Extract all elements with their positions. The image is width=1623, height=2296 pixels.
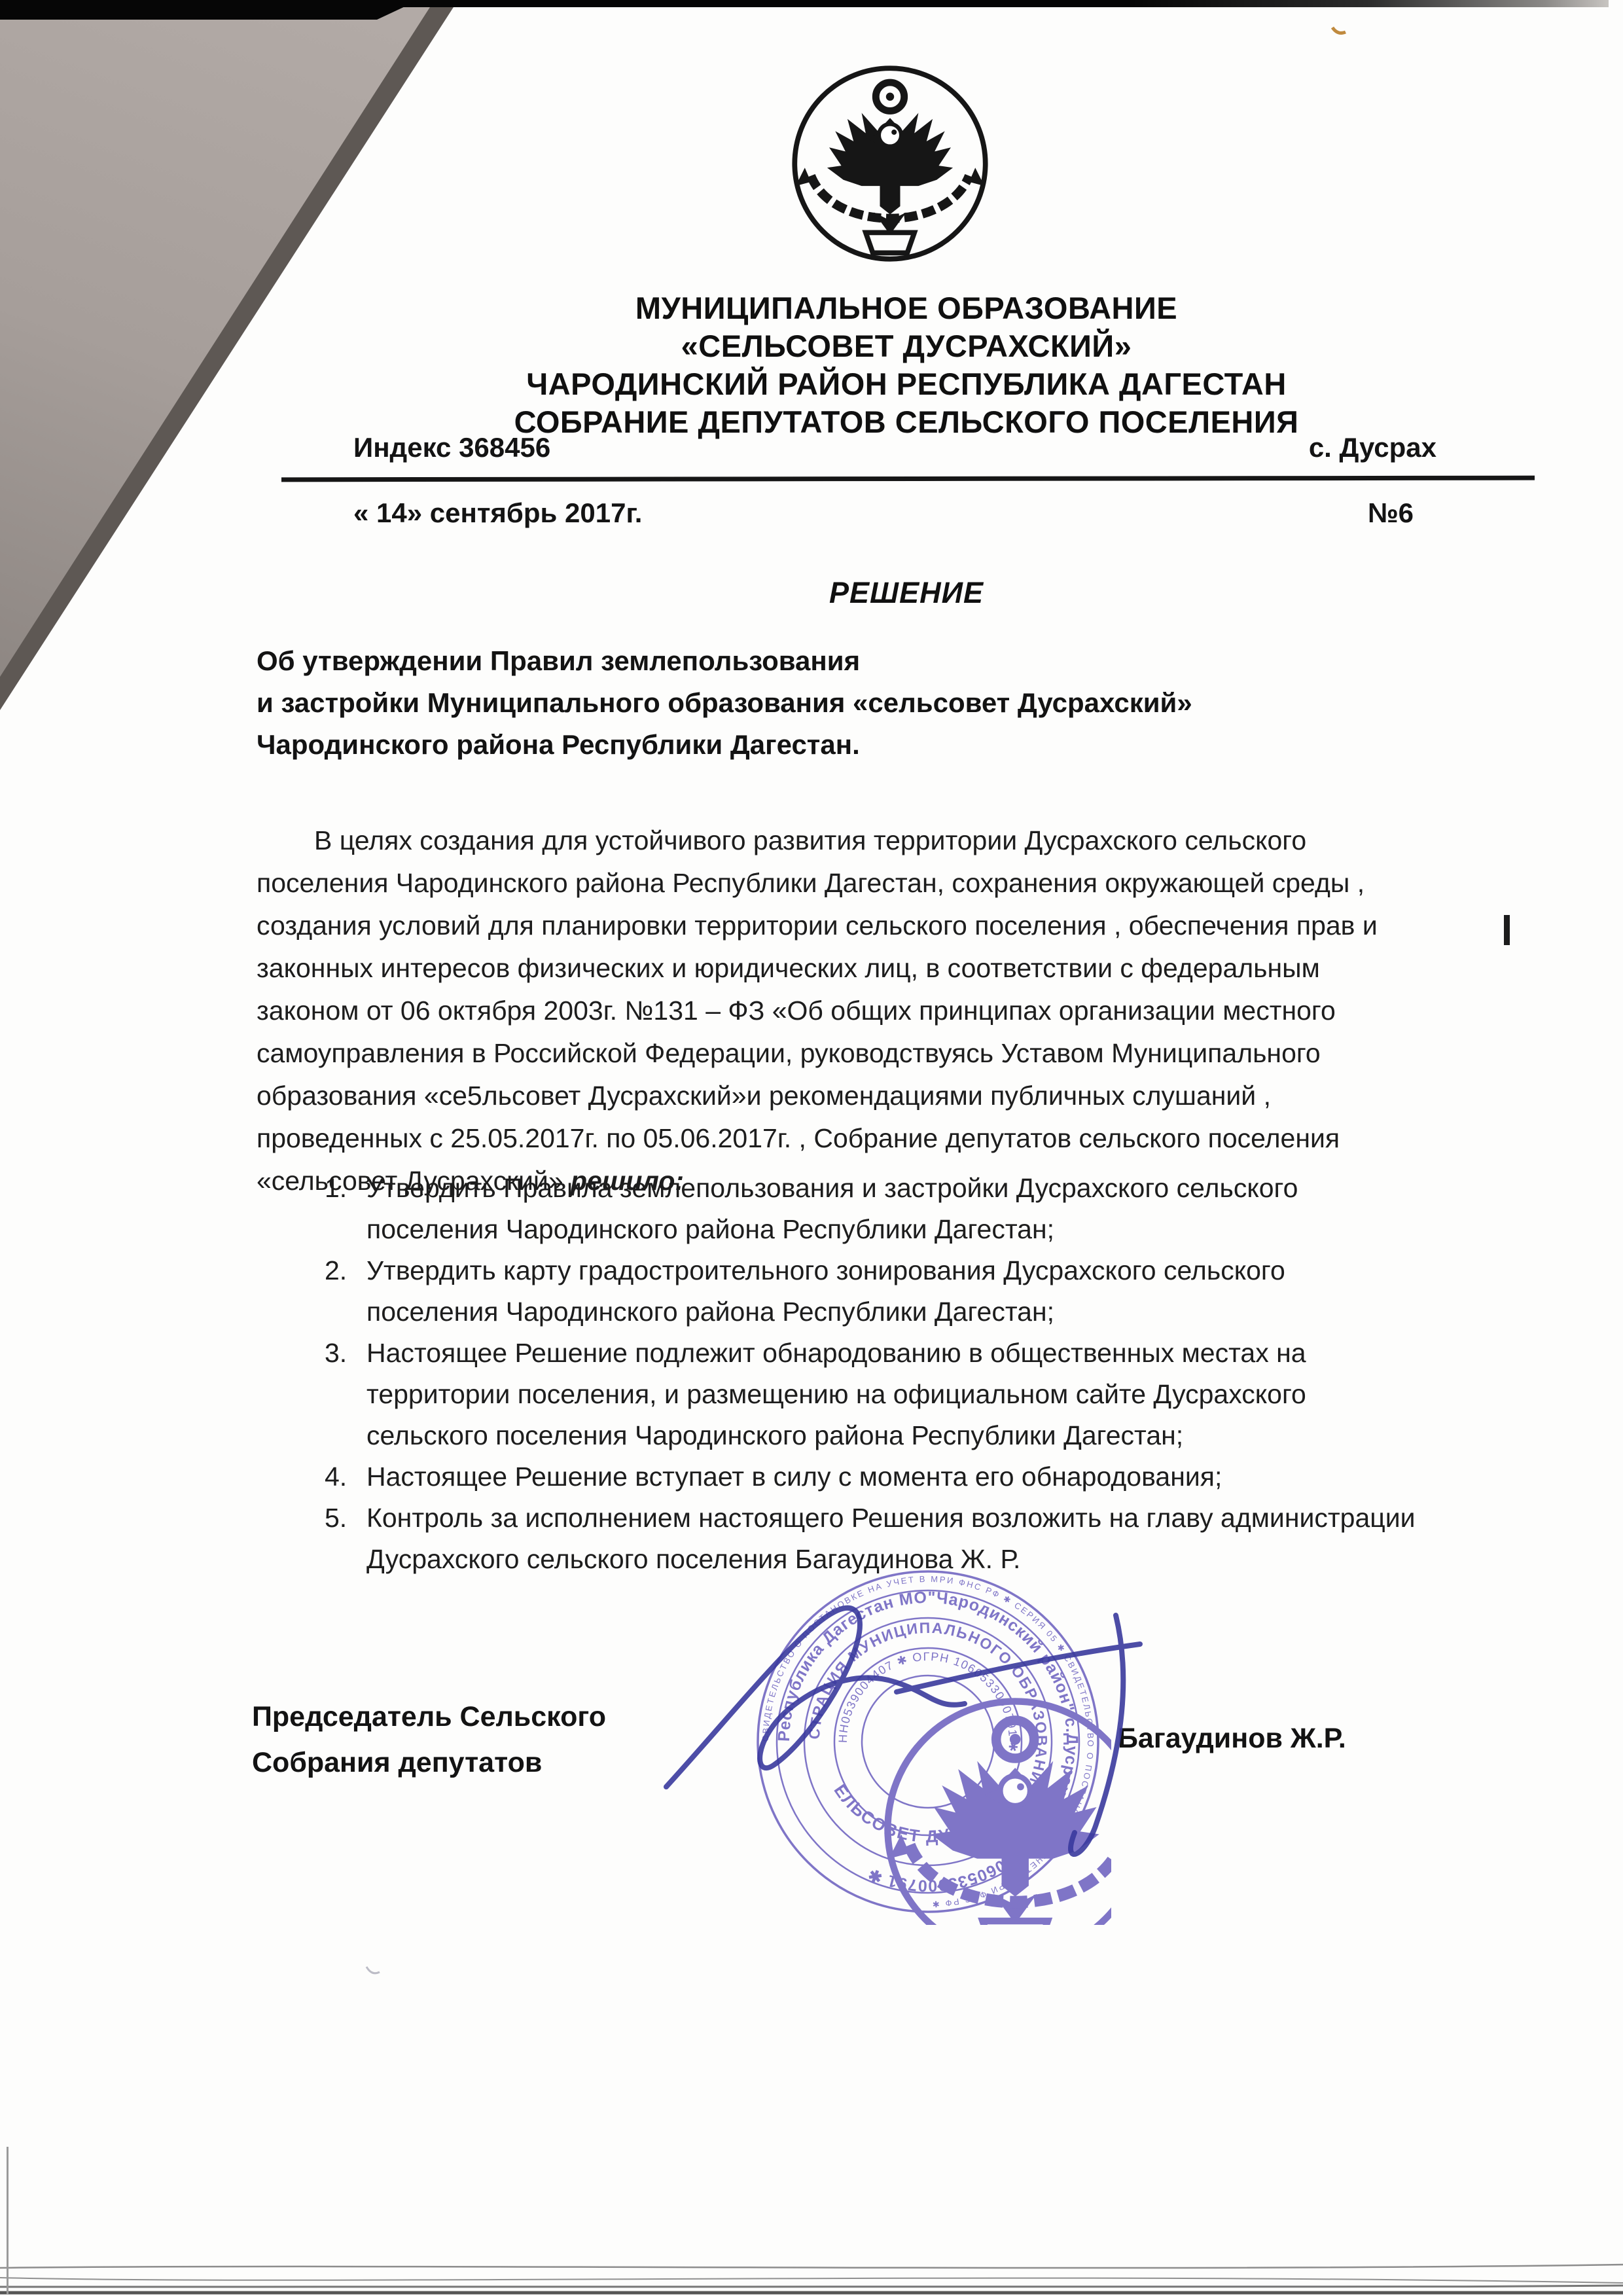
postal-index: Индекс 368456 — [353, 432, 550, 463]
signer-role-line: Председатель Сельского — [252, 1694, 606, 1740]
subject-line: Об утверждении Правил землепользования — [257, 640, 1192, 682]
scanned-document-page: МУНИЦИПАЛЬНОЕ ОБРАЗОВАНИЕ «СЕЛЬСОВЕТ ДУС… — [0, 0, 1623, 2296]
body-line: поселения Чародинского района Республики… — [257, 862, 1378, 905]
item-line: Контроль за исполнением настоящего Решен… — [366, 1498, 1416, 1539]
scan-edge-bar — [0, 0, 419, 20]
item-line: Настоящее Решение подлежит обнародованию… — [366, 1333, 1416, 1374]
item-line: Утвердить Правила землепользования и зас… — [366, 1168, 1416, 1209]
body-line: законных интересов физических и юридичес… — [257, 947, 1378, 990]
item-number: 1. — [325, 1168, 347, 1209]
item-number: 3. — [325, 1333, 347, 1374]
resolution-item: 3. Настоящее Решение подлежит обнародова… — [366, 1333, 1416, 1456]
resolution-item: 1. Утвердить Правила землепользования и … — [366, 1168, 1416, 1250]
subject-line: и застройки Муниципального образования «… — [257, 682, 1192, 724]
resolutions-list: 1. Утвердить Правила землепользования и … — [366, 1168, 1416, 1580]
letterhead-line: ЧАРОДИНСКИЙ РАЙОН РЕСПУБЛИКА ДАГЕСТАН — [190, 365, 1623, 403]
resolution-item: 4. Настоящее Решение вступает в силу с м… — [366, 1456, 1416, 1498]
official-round-stamp: СВИДЕТЕЛЬСТВО О ПОСТАНОВКЕ НА УЧЕТ В МРИ… — [745, 1558, 1111, 1925]
item-line: сельского поселения Чародинского района … — [366, 1415, 1416, 1456]
signer-role-line: Собрания депутатов — [252, 1740, 606, 1785]
place-name: с. Дусрах — [1309, 432, 1436, 463]
index-row: Индекс 368456 с. Дусрах — [353, 432, 1436, 463]
body-line: самоуправления в Российской Федерации, р… — [257, 1032, 1378, 1075]
decision-title: РЕШЕНИЕ — [190, 576, 1623, 610]
body-line: В целях создания для устойчивого развити… — [257, 819, 1378, 862]
document-number: №6 — [1368, 497, 1414, 529]
letterhead-line: «СЕЛЬСОВЕТ ДУСРАХСКИЙ» — [190, 327, 1623, 365]
decision-subject: Об утверждении Правил землепользования и… — [257, 640, 1192, 766]
item-line: Утвердить карту градостроительного зонир… — [366, 1250, 1416, 1291]
subject-line: Чародинского района Республики Дагестан. — [257, 724, 1192, 766]
document-date: « 14» сентябрь 2017г. — [353, 497, 642, 529]
item-line: поселения Чародинского района Республики… — [366, 1209, 1416, 1250]
item-line: территории поселения, и размещению на оф… — [366, 1374, 1416, 1415]
body-line: создания условий для планировки территор… — [257, 905, 1378, 947]
signer-name: Багаудинов Ж.Р. — [1118, 1723, 1346, 1755]
signer-role: Председатель Сельского Собрания депутато… — [252, 1694, 606, 1785]
preamble-paragraph: В целях создания для устойчивого развити… — [257, 819, 1378, 1202]
body-line: образования «се5льсовет Дусрахский»и рек… — [257, 1075, 1378, 1117]
body-line: законом от 06 октября 2003г. №131 – ФЗ «… — [257, 990, 1378, 1032]
body-line: проведенных с 25.05.2017г. по 05.06.2017… — [257, 1117, 1378, 1160]
item-line: поселения Чародинского района Республики… — [366, 1291, 1416, 1333]
item-number: 2. — [325, 1250, 347, 1291]
item-number: 4. — [325, 1456, 347, 1498]
date-row: « 14» сентябрь 2017г. №6 — [353, 497, 1414, 529]
letterhead-line: МУНИЦИПАЛЬНОЕ ОБРАЗОВАНИЕ — [190, 289, 1623, 327]
dagestan-coat-of-arms-icon — [789, 62, 991, 265]
header-rule — [281, 476, 1535, 482]
item-line: Настоящее Решение вступает в силу с моме… — [366, 1456, 1416, 1498]
item-number: 5. — [325, 1498, 347, 1539]
resolution-item: 2. Утвердить карту градостроительного зо… — [366, 1250, 1416, 1333]
letterhead: МУНИЦИПАЛЬНОЕ ОБРАЗОВАНИЕ «СЕЛЬСОВЕТ ДУС… — [190, 289, 1623, 441]
